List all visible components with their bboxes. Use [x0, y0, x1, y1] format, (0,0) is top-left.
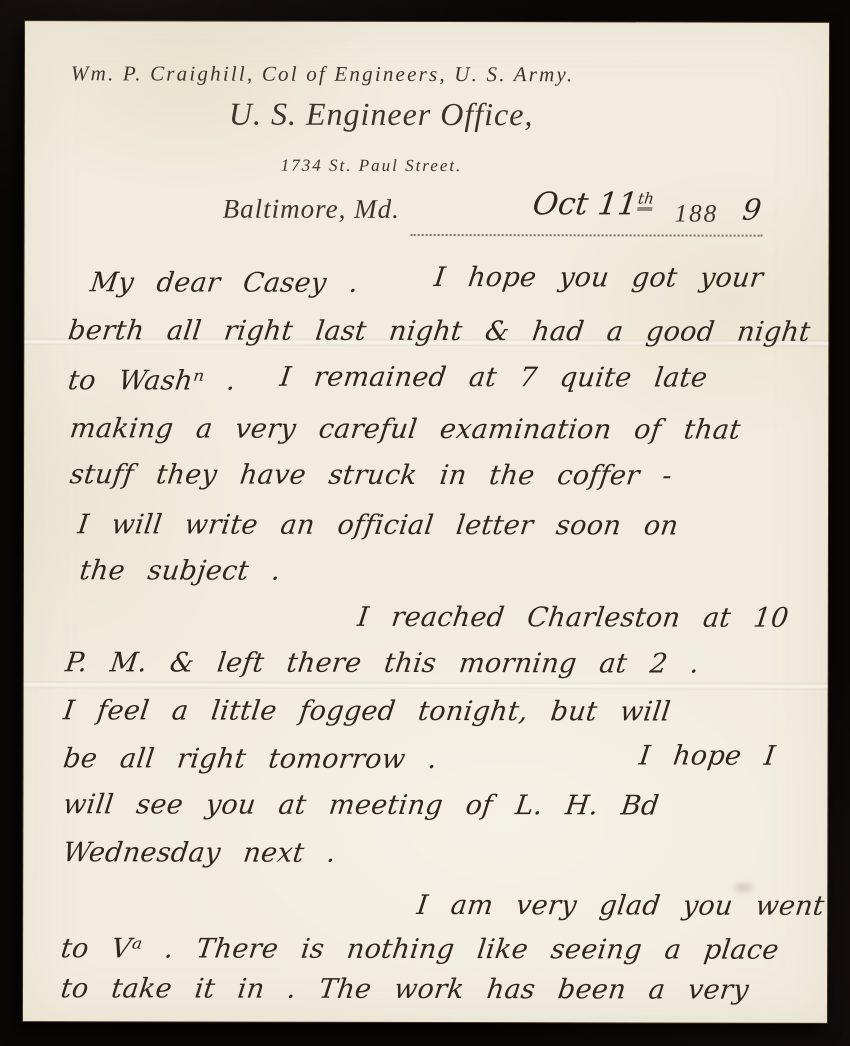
- letter-line-segment: stuff they have struck in the coffer -: [68, 459, 674, 491]
- letter-line-segment: berth all right last night & had a good …: [66, 315, 812, 348]
- letter-line-segment: My dear Casey .: [88, 267, 360, 299]
- smudge-mark: [729, 881, 757, 895]
- scan-background: Wm. P. Craighill, Col of Engineers, U. S…: [0, 0, 850, 1046]
- letter-line-segment: P. M. & left there this morning at 2 .: [64, 647, 702, 679]
- letter-line-segment: to Washⁿ .: [66, 365, 237, 396]
- letter-line-segment: be all right tomorrow .: [61, 743, 439, 775]
- letter-line-segment: I hope I: [637, 740, 777, 771]
- letter-line-segment: will see you at meeting of L. H. Bd: [61, 789, 660, 821]
- letter-line-segment: I feel a little fogged tonight, but will: [62, 695, 673, 727]
- letter-body: My dear Casey .I hope you got yourberth …: [23, 21, 829, 1023]
- letter-line-segment: to take it in . The work has been a very: [59, 973, 751, 1005]
- letter-line-segment: I am very glad you went: [415, 890, 826, 922]
- letter-line-segment: making a very careful examination of tha…: [68, 413, 742, 445]
- letter-line-segment: I reached Charleston at 10: [356, 602, 791, 634]
- letter-line-segment: I hope you got your: [432, 262, 765, 294]
- letter-line-segment: the subject .: [78, 555, 283, 586]
- letter-line-segment: to Vᵃ . There is nothing like seeing a p…: [59, 933, 781, 965]
- letter-line-segment: Wednesday next .: [61, 837, 338, 869]
- letter-line-segment: I will write an official letter soon on: [76, 509, 680, 541]
- letter-paper: Wm. P. Craighill, Col of Engineers, U. S…: [23, 21, 829, 1023]
- letter-line-segment: I remained at 7 quite late: [278, 362, 709, 394]
- photo-background: { "scan": { "background_color": "#0a0706…: [0, 0, 850, 1046]
